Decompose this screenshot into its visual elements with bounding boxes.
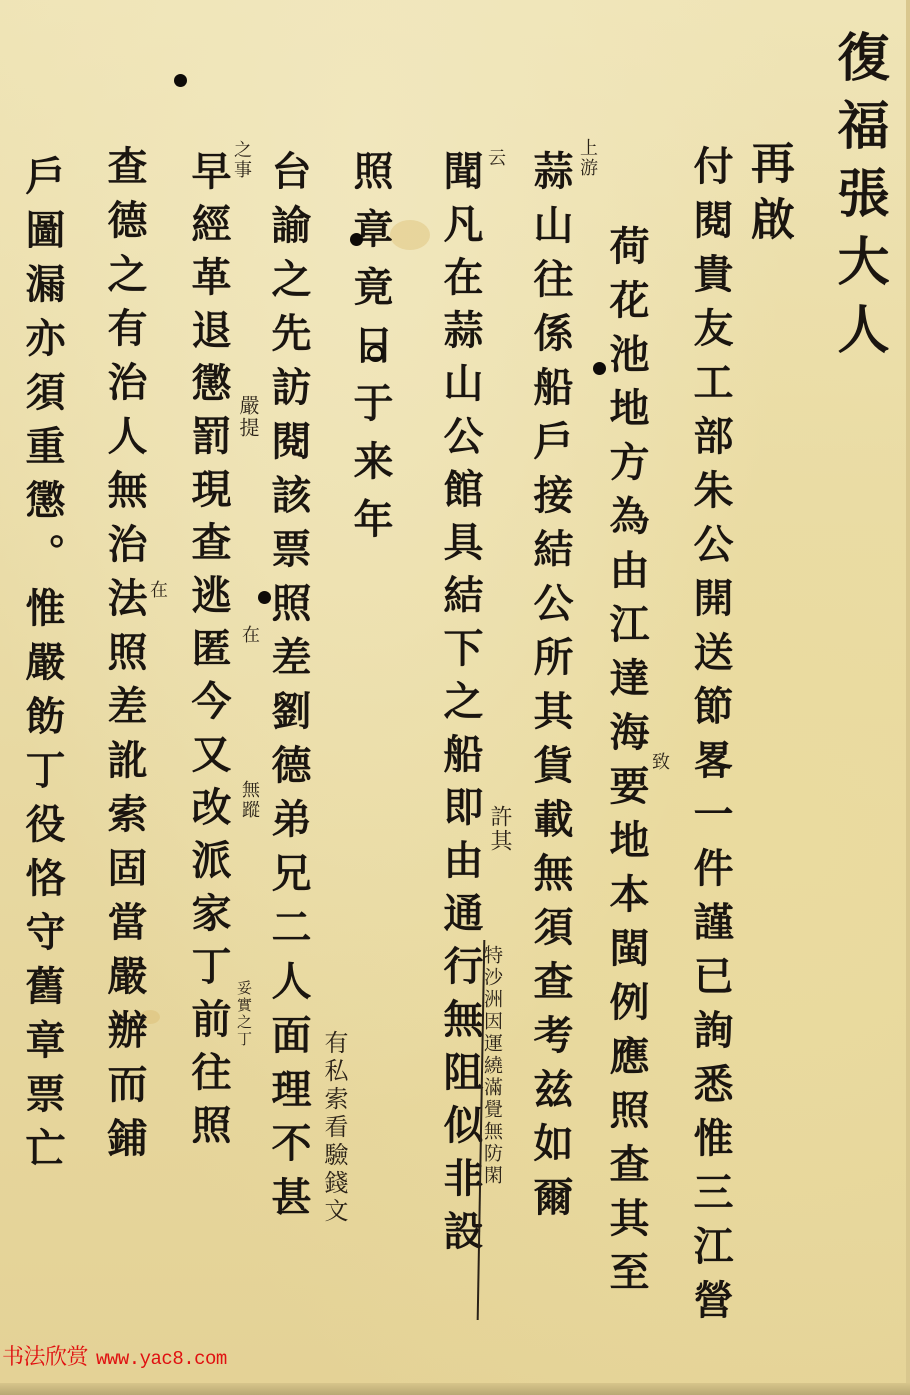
watermark-url: www.yac8.com [96,1348,227,1370]
emphasis-dot [350,233,363,246]
paper-bottom-edge [0,1383,910,1395]
text-column-2: 荷花池地方為由江達海要地本閩例應照查其至 [606,225,646,1305]
annotation-note: 在 [240,625,258,645]
text-column-8: 查德之有治人無治法照差訛索固當嚴辦而鋪 [104,145,144,1171]
text-column-1: 付閱貴友工部朱公開送節畧一件謹已詢悉惟三江營 [690,145,730,1333]
annotation-note: 妥實之丁 [236,980,251,1048]
annotation-note: 特沙洲因運繞滿覺無防閑 [482,945,501,1187]
text-column-4: 聞凡在蒜山公館具結下之船即由通行無阻似非設 [440,150,480,1263]
paper-stain [390,220,430,250]
letter-heading: 復福張大人 [832,30,884,370]
emphasis-dot [258,591,271,604]
calligraphy-page: 復福張大人 再啟 付閱貴友工部朱公開送節畧一件謹已詢悉惟三江營 荷花池地方為由江… [0,0,910,1395]
annotation-note: 上游 [578,138,596,178]
annotation-note: 有私索看驗錢文 [322,1030,346,1226]
text-column-6: 台諭之先訪閱該票照差劉德弟兄二人面理不甚 [268,150,308,1230]
watermark-label: 书法欣赏 [2,1344,88,1369]
annotation-note: 許其 [488,805,510,853]
annotation-note: 致 [650,752,668,772]
emphasis-dot [593,362,606,375]
letter-subheading: 再啟 [746,140,790,252]
annotation-note: 云 [486,148,504,168]
watermark: 书法欣赏www.yac8.com [2,1340,227,1371]
text-column-7: 早經革退懲罰現查逃匿今又改派家丁前往照 [188,150,228,1157]
annotation-note: 嚴提 [238,395,258,439]
annotation-note: 無蹤 [240,780,258,820]
text-column-9: 戶圖漏亦須重懲。惟嚴飭丁役恪守舊章票亡 [22,155,62,1181]
paper-right-edge [906,0,910,1395]
annotation-note: 之事 [232,140,250,180]
emphasis-dot [174,74,187,87]
text-column-3: 蒜山往係船戶接結公所其貨載無須查考兹如爾 [530,150,570,1230]
circle-mark [367,345,384,362]
annotation-note: 在 [148,580,166,600]
